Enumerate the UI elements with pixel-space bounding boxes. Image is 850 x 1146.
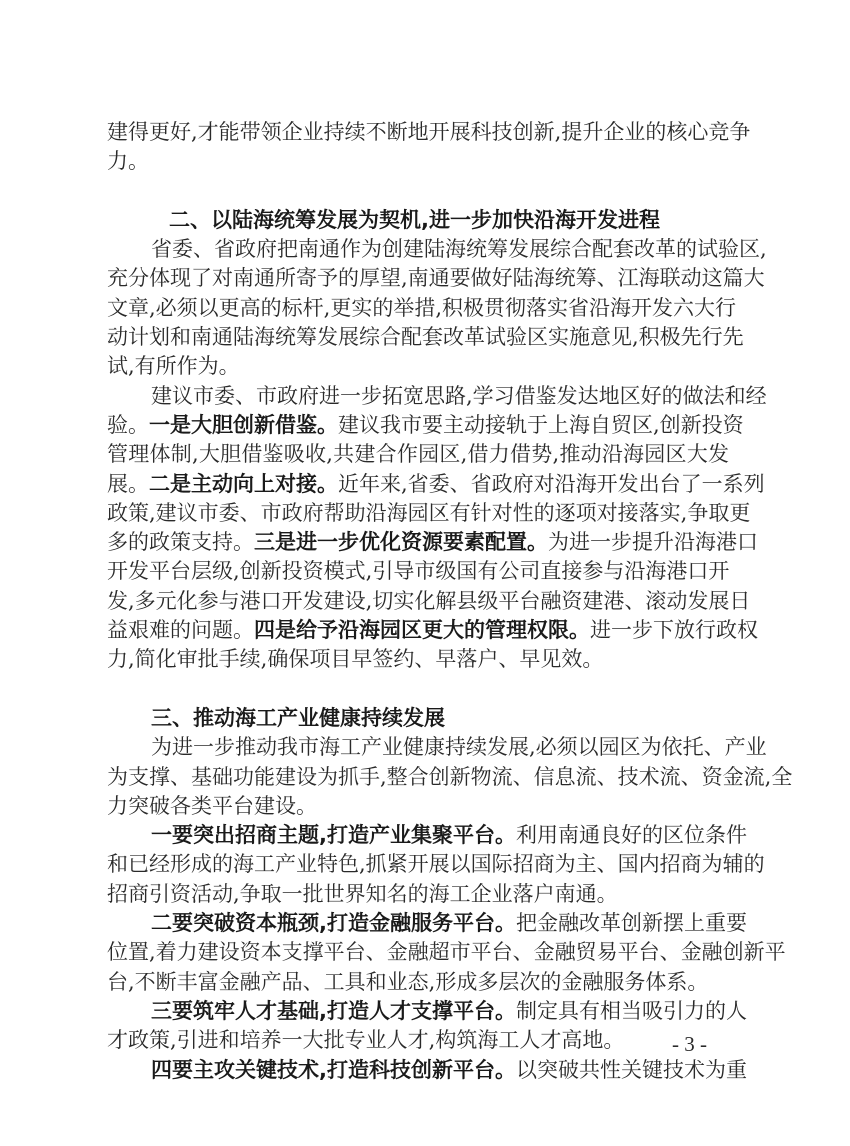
bold-point-1: 一是大胆创新借鉴。 [149, 413, 338, 437]
plain-text: 利用南通良好的区位条件 [516, 823, 747, 847]
bold-point-3: 三是进一步优化资源要素配置。 [254, 530, 548, 554]
paragraph-line: 动计划和南通陆海统筹发展综合配套改革试验区实施意见,积极先行先 [107, 323, 729, 352]
paragraph-line: 省委、省政府把南通作为创建陆海统筹发展综合配套改革的试验区, [107, 235, 729, 264]
bold-item-3: 三要筑牢人才基础,打造人才支撑平台。 [151, 999, 516, 1023]
paragraph-line: 二要突破资本瓶颈,打造金融服务平台。把金融改革创新摆上重要 [107, 909, 729, 938]
paragraph-line: 力,简化审批手续,确保项目早签约、早落户、早见效。 [107, 645, 729, 674]
plain-text: 以突破共性关键技术为重 [516, 1058, 747, 1082]
paragraph-line: 力。 [107, 147, 729, 176]
paragraph-line: 多的政策支持。三是进一步优化资源要素配置。为进一步提升沿海港口 [107, 528, 729, 557]
spacer [107, 675, 729, 704]
bold-item-1: 一要突出招商主题,打造产业集聚平台。 [151, 823, 516, 847]
paragraph-line: 和已经形成的海工产业特色,抓紧开展以国际招商为主、国内招商为辅的 [107, 850, 729, 879]
paragraph-line: 文章,必须以更高的标杆,更实的举措,积极贯彻落实省沿海开发六大行 [107, 294, 729, 323]
paragraph-line: 展。二是主动向上对接。近年来,省委、省政府对沿海开发出台了一系列 [107, 470, 729, 499]
paragraph-line: 充分体现了对南通所寄予的厚望,南通要做好陆海统筹、江海联动这篇大 [107, 264, 729, 293]
plain-text: 进一步下放行政权 [590, 618, 758, 642]
paragraph-line: 发,多元化参与港口开发建设,切实化解县级平台融资建港、滚动发展日 [107, 587, 729, 616]
paragraph-line: 为进一步推动我市海工产业健康持续发展,必须以园区为依托、产业 [107, 733, 729, 762]
paragraph-line: 益艰难的问题。四是给予沿海园区更大的管理权限。进一步下放行政权 [107, 616, 729, 645]
paragraph-line: 建得更好,才能带领企业持续不断地开展科技创新,提升企业的核心竞争 [107, 118, 729, 147]
plain-text: 把金融改革创新摆上重要 [516, 911, 747, 935]
plain-text: 验。 [107, 413, 149, 437]
bold-point-4: 四是给予沿海园区更大的管理权限。 [254, 618, 590, 642]
section-heading-2: 二、以陆海统筹发展为契机,进一步加快沿海开发进程 [107, 206, 729, 235]
page-number: - 3 - [672, 1032, 707, 1057]
plain-text: 近年来,省委、省政府对沿海开发出台了一系列 [338, 472, 765, 496]
paragraph-line: 试,有所作为。 [107, 352, 729, 381]
paragraph-line: 力突破各类平台建设。 [107, 792, 729, 821]
plain-text: 展。 [107, 472, 149, 496]
paragraph-line: 台,不断丰富金融产品、工具和业态,形成多层次的金融服务体系。 [107, 968, 729, 997]
paragraph-line: 验。一是大胆创新借鉴。建议我市要主动接轨于上海自贸区,创新投资 [107, 411, 729, 440]
paragraph-line: 一要突出招商主题,打造产业集聚平台。利用南通良好的区位条件 [107, 821, 729, 850]
paragraph-line: 位置,着力建设资本支撑平台、金融超市平台、金融贸易平台、金融创新平 [107, 938, 729, 967]
paragraph-line: 为支撑、基础功能建设为抓手,整合创新物流、信息流、技术流、资金流,全 [107, 763, 729, 792]
paragraph-line: 才政策,引进和培养一大批专业人才,构筑海工人才高地。 [107, 1026, 729, 1055]
paragraph-line: 四要主攻关键技术,打造科技创新平台。以突破共性关键技术为重 [107, 1056, 729, 1085]
spacer [107, 177, 729, 206]
section-heading-3: 三、推动海工产业健康持续发展 [107, 704, 729, 733]
paragraph-line: 建议市委、市政府进一步拓宽思路,学习借鉴发达地区好的做法和经 [107, 382, 729, 411]
paragraph-line: 管理体制,大胆借鉴吸收,共建合作园区,借力借势,推动沿海园区大发 [107, 440, 729, 469]
plain-text: 多的政策支持。 [107, 530, 254, 554]
paragraph-line: 政策,建议市委、市政府帮助沿海园区有针对性的逐项对接落实,争取更 [107, 499, 729, 528]
paragraph-line: 三要筑牢人才基础,打造人才支撑平台。制定具有相当吸引力的人 [107, 997, 729, 1026]
plain-text: 建议我市要主动接轨于上海自贸区,创新投资 [338, 413, 744, 437]
plain-text: 制定具有相当吸引力的人 [516, 999, 747, 1023]
paragraph-line: 开发平台层级,创新投资模式,引导市级国有公司直接参与沿海港口开 [107, 557, 729, 586]
bold-item-4: 四要主攻关键技术,打造科技创新平台。 [151, 1058, 516, 1082]
document-page: 建得更好,才能带领企业持续不断地开展科技创新,提升企业的核心竞争 力。 二、以陆… [107, 118, 729, 1085]
plain-text: 益艰难的问题。 [107, 618, 254, 642]
plain-text: 为进一步提升沿海港口 [548, 530, 758, 554]
paragraph-line: 招商引资活动,争取一批世界知名的海工企业落户南通。 [107, 880, 729, 909]
bold-point-2: 二是主动向上对接。 [149, 472, 338, 496]
bold-item-2: 二要突破资本瓶颈,打造金融服务平台。 [151, 911, 516, 935]
